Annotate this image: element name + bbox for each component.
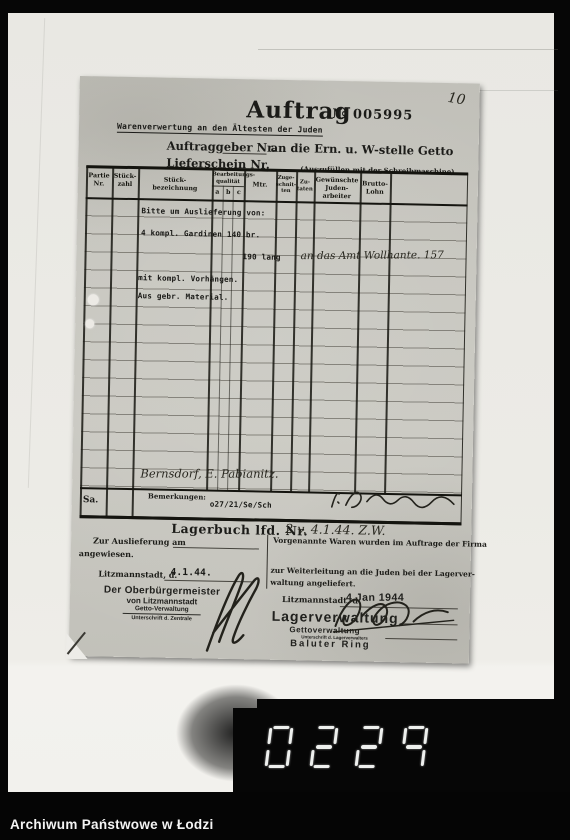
counter-digit (264, 726, 293, 768)
col-header-stueckbezeichnung: Stück- bezeichnung (138, 176, 212, 193)
handwritten-page-number: 10 (446, 90, 466, 109)
col-header-judenarbeiter: Gewünschte Juden- arbeiter (314, 177, 360, 201)
typed-line: mit kompl. Vorhängen. (138, 273, 238, 284)
place-date-label-left: Litzmannstadt, d. (98, 568, 177, 580)
delivery-instruction-label: Zur Auslieferung am (93, 535, 186, 547)
subheader-rule (212, 186, 244, 188)
remarks-label: Bemerkungen: (148, 491, 206, 501)
counter-digit (399, 726, 428, 768)
table-column-line (106, 488, 108, 517)
col-subheader-c: c (234, 189, 244, 197)
bottom-band (0, 792, 570, 840)
sum-label: Sa. (83, 495, 99, 505)
counter-digit (354, 726, 383, 768)
mayor-office-signature (193, 566, 265, 659)
document-page: 10 Auftrag № 005995 Warenverwertung an d… (69, 76, 480, 664)
handwritten-office-note: an das Amt Wollhante. 157 (301, 249, 444, 262)
order-number: № 005995 (332, 107, 413, 124)
fill-line (173, 547, 259, 550)
col-subheader-a: a (212, 189, 223, 197)
archive-watermark: Archiwum Państwowe w Łodzi (10, 817, 214, 832)
confirmation-text-line: zur Weiterleitung an die Juden bei der L… (270, 566, 475, 579)
remarks-code: o27/21/Se/Sch (210, 500, 272, 510)
addressee-line: an die Ern. u. W-stelle Getto (271, 141, 454, 159)
client-number-label: Auftraggeber Nr. (167, 139, 277, 155)
col-header-bruttolohn: Brutto- Lohn (360, 180, 390, 196)
col-header-stueckzahl: Stück- zahl (112, 173, 138, 189)
folded-corner (66, 633, 88, 659)
delivery-instruction-label2: angewiesen. (79, 548, 134, 559)
handwritten-firm-line: Bernsdorf, E. Pabianitz. (140, 466, 278, 480)
col-subheader-b: b (223, 189, 234, 197)
film-scratch (28, 18, 45, 488)
typed-line: Aus gebr. Material. (138, 291, 229, 302)
film-scratch (258, 49, 558, 50)
frame-counter (233, 699, 570, 795)
clerk-signature (322, 483, 463, 520)
counter-display (264, 726, 428, 768)
lager-signature (327, 584, 460, 645)
counter-digit (309, 726, 338, 768)
stamp-line: Unterschrift d. Zentrale (123, 613, 201, 622)
footer-divider-line (266, 535, 268, 589)
table-column-line (132, 488, 134, 517)
col-header-mtr: Mtr. (244, 181, 276, 189)
archival-photo-frame: 10 Auftrag № 005995 Warenverwertung an d… (0, 0, 570, 840)
col-header-partie-nr: Partie Nr. (86, 172, 112, 188)
col-header-zutaten: Zu- taten (296, 179, 314, 193)
table-column-line (80, 487, 82, 516)
col-header-bearbeitungsqualitaet: Bearbeitungs- qualität (212, 172, 244, 186)
typed-line: 190 lang (242, 252, 280, 262)
confirmation-text-line: Vorgenannte Waren wurden im Auftrage der… (273, 536, 487, 549)
fill-line (223, 153, 267, 155)
col-header-zugeschnitten: Zuge- schnit- ten (276, 175, 296, 195)
